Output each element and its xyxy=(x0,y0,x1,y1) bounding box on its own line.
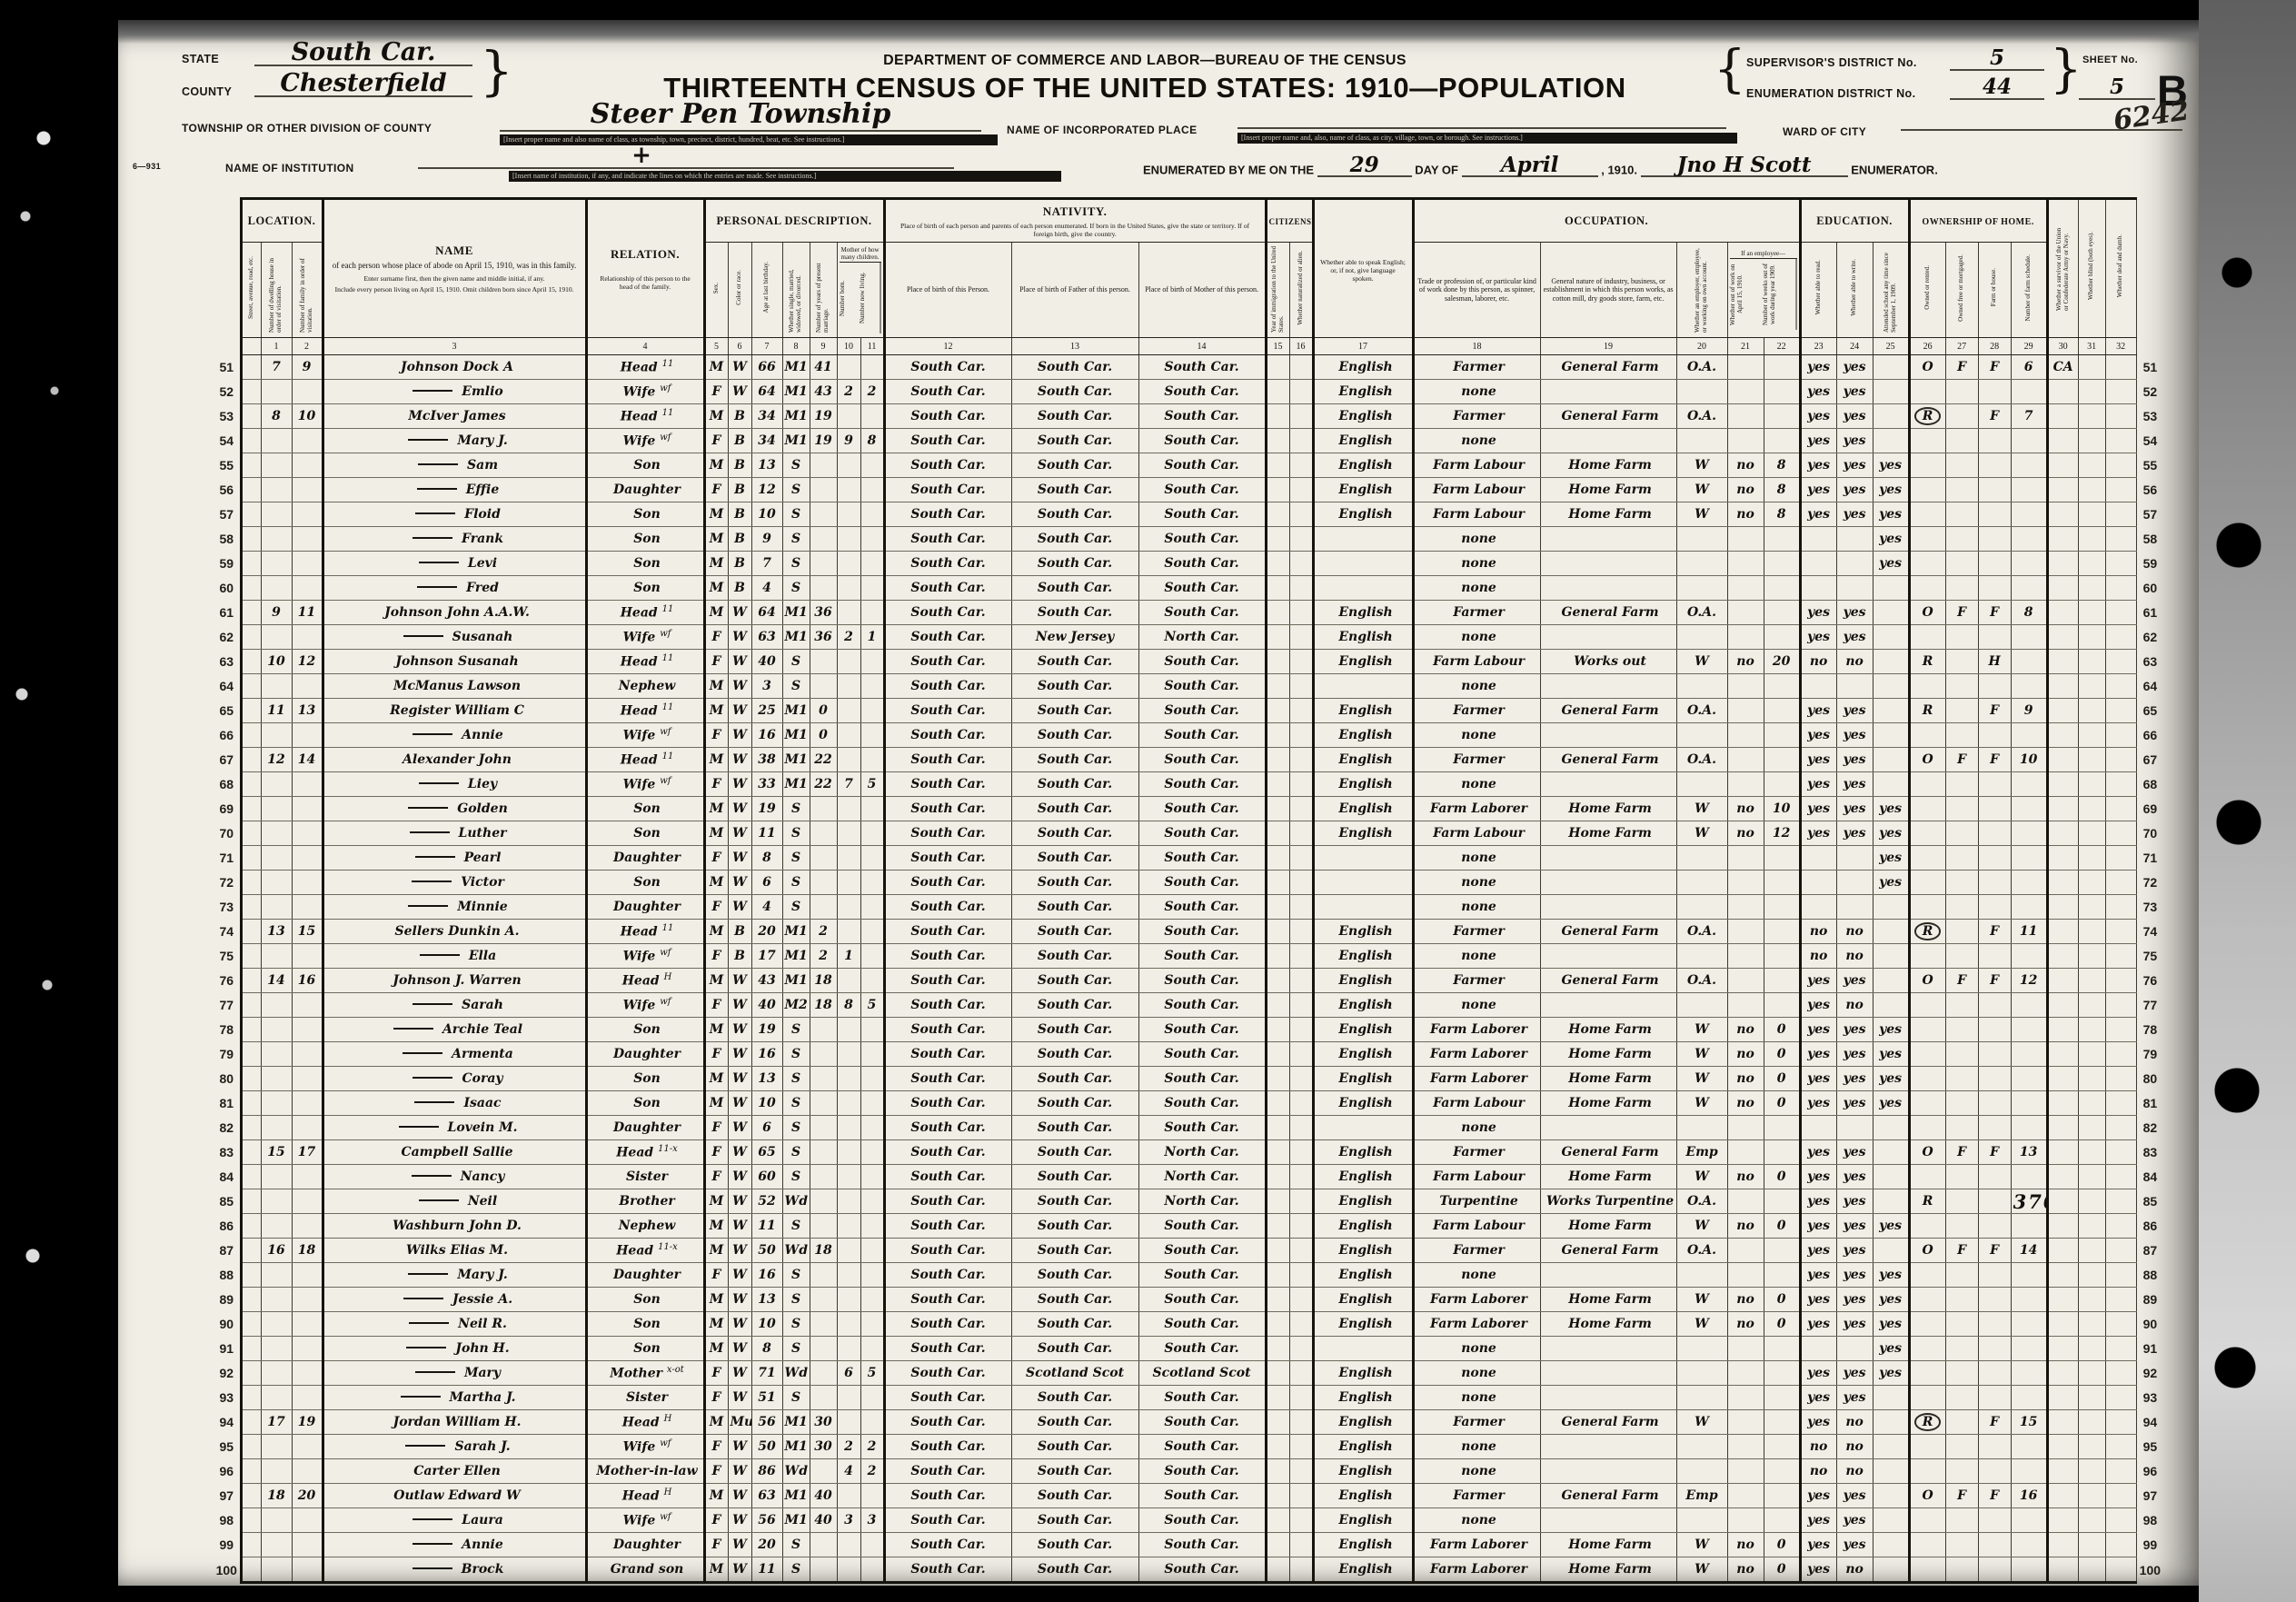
state-label: STATE xyxy=(182,53,219,65)
cell-pm: South Car. xyxy=(1138,1091,1266,1116)
cell-rel: Mother-in-law xyxy=(586,1459,704,1484)
incorporated-place-note: [Insert proper name and, also, name of c… xyxy=(1237,133,1737,144)
cell-ms: S xyxy=(782,1140,810,1165)
col-header-st: Street, avenue, road, etc. xyxy=(241,243,261,338)
cell-pb: South Car. xyxy=(884,1042,1011,1067)
cell-cl xyxy=(860,1263,884,1288)
cell-on: R xyxy=(1909,404,1945,429)
cell-name: Neil xyxy=(323,1189,586,1214)
cell-wk xyxy=(1764,1410,1800,1435)
cell-ind xyxy=(1540,552,1676,576)
cell-yr: 30 xyxy=(810,1435,837,1459)
cell-cls: W xyxy=(1676,797,1727,821)
cell-name: Campbell Sallie xyxy=(323,1140,586,1165)
cell-dw: 9 xyxy=(261,601,292,625)
cell-mt xyxy=(1945,1459,1978,1484)
cell-cl: 1 xyxy=(860,625,884,650)
cell-ind: General Farm xyxy=(1540,699,1676,723)
cell-sc: yes xyxy=(1873,1042,1909,1067)
ditto-dash xyxy=(412,390,452,392)
person-row: 90Neil R.SonMW10SSouth Car.South Car.Sou… xyxy=(214,1312,2163,1337)
cell-rd xyxy=(1800,871,1836,895)
cell-on xyxy=(1909,1459,1945,1484)
cell-ind: Home Farm xyxy=(1540,1557,1676,1583)
cell-ow: no xyxy=(1727,1018,1764,1042)
cell-sx: F xyxy=(704,723,728,748)
cell-rel: Head 11 xyxy=(586,404,704,429)
cell-pm: South Car. xyxy=(1138,1312,1266,1337)
cell-ms: S xyxy=(782,1263,810,1288)
cell-df xyxy=(2105,1263,2136,1288)
cell-yr xyxy=(810,1042,837,1067)
cell-na xyxy=(1289,1165,1313,1189)
cell-rd xyxy=(1800,576,1836,601)
cell-yr xyxy=(810,1140,837,1165)
cell-pm: South Car. xyxy=(1138,821,1266,846)
cell-ms: M1 xyxy=(782,625,810,650)
cell-cb xyxy=(837,1067,860,1091)
form-code: 6—931 xyxy=(133,162,161,171)
cell-lg xyxy=(1313,846,1413,871)
cell-yr xyxy=(810,502,837,527)
cell-sx: F xyxy=(704,1508,728,1533)
cell-mt xyxy=(1945,674,1978,699)
cell-yr: 36 xyxy=(810,601,837,625)
day-of-label: DAY OF xyxy=(1415,164,1458,177)
line-number-left: 81 xyxy=(214,1091,241,1116)
cell-df xyxy=(2105,1140,2136,1165)
cell-cb xyxy=(837,502,860,527)
cell-lg: English xyxy=(1313,723,1413,748)
person-row: 96Carter EllenMother-in-lawFW86Wd42South… xyxy=(214,1459,2163,1484)
cell-on: O xyxy=(1909,1239,1945,1263)
cell-na xyxy=(1289,1361,1313,1386)
cell-mt: F xyxy=(1945,601,1978,625)
cell-ms: S xyxy=(782,797,810,821)
cell-pf: South Car. xyxy=(1011,453,1138,478)
cell-ag: 4 xyxy=(751,895,782,920)
cell-fam: 11 xyxy=(292,601,323,625)
cell-vet xyxy=(2047,772,2078,797)
cell-sx: M xyxy=(704,1312,728,1337)
line-number-right: 54 xyxy=(2136,429,2163,453)
cell-rd xyxy=(1800,527,1836,552)
cell-st xyxy=(241,1018,261,1042)
cell-na xyxy=(1289,1557,1313,1583)
cell-name: Minnie xyxy=(323,895,586,920)
cell-cr: W xyxy=(728,1165,751,1189)
cell-wk xyxy=(1764,772,1800,797)
cell-cb xyxy=(837,404,860,429)
cell-vet xyxy=(2047,1288,2078,1312)
cell-wk xyxy=(1764,1386,1800,1410)
group-occupation: OCCUPATION. xyxy=(1413,199,1800,243)
cell-dw xyxy=(261,895,292,920)
cell-mt: F xyxy=(1945,969,1978,993)
cell-im xyxy=(1266,1288,1289,1312)
cell-sx: F xyxy=(704,1386,728,1410)
line-number-right: 78 xyxy=(2136,1018,2163,1042)
cell-wr xyxy=(1836,1337,1873,1361)
cell-sx: F xyxy=(704,1361,728,1386)
cell-lg: English xyxy=(1313,429,1413,453)
cell-ow xyxy=(1727,1189,1764,1214)
cell-cb xyxy=(837,1214,860,1239)
cell-ms: M1 xyxy=(782,920,810,944)
cell-ms: S xyxy=(782,1018,810,1042)
cell-pm: South Car. xyxy=(1138,1533,1266,1557)
cell-df xyxy=(2105,1165,2136,1189)
cell-cb xyxy=(837,1018,860,1042)
cell-fam xyxy=(292,1435,323,1459)
person-row: 98LauraWife wfFW56M14033South Car.South … xyxy=(214,1508,2163,1533)
cell-yr: 18 xyxy=(810,969,837,993)
cell-yr xyxy=(810,1189,837,1214)
cell-st xyxy=(241,355,261,380)
line-number-left: 95 xyxy=(214,1435,241,1459)
cell-bl xyxy=(2078,1288,2105,1312)
cell-cb xyxy=(837,871,860,895)
cell-im xyxy=(1266,1067,1289,1091)
cell-fam xyxy=(292,1288,323,1312)
cell-cr: W xyxy=(728,625,751,650)
cell-vet xyxy=(2047,1410,2078,1435)
cell-fh: F xyxy=(1978,1239,2011,1263)
cell-wk xyxy=(1764,404,1800,429)
cell-rel: Mother x-ot xyxy=(586,1361,704,1386)
person-row: 75EllaWife wfFB17M121South Car.South Car… xyxy=(214,944,2163,969)
cell-sx: F xyxy=(704,1459,728,1484)
cell-yr xyxy=(810,871,837,895)
cell-sc xyxy=(1873,1484,1909,1508)
cell-cb xyxy=(837,1337,860,1361)
cell-tr: Farm Laborer xyxy=(1413,1312,1540,1337)
cell-vet xyxy=(2047,1386,2078,1410)
cell-yr xyxy=(810,1067,837,1091)
cell-on xyxy=(1909,1091,1945,1116)
cell-mt xyxy=(1945,1410,1978,1435)
line-number-right: 98 xyxy=(2136,1508,2163,1533)
cell-na xyxy=(1289,429,1313,453)
cell-rd: yes xyxy=(1800,625,1836,650)
cell-yr xyxy=(810,1557,837,1583)
cell-tr: Farmer xyxy=(1413,1239,1540,1263)
cell-tr: none xyxy=(1413,1263,1540,1288)
cell-sc xyxy=(1873,576,1909,601)
cell-wr: yes xyxy=(1836,1361,1873,1386)
cell-mt xyxy=(1945,723,1978,748)
cell-tr: none xyxy=(1413,993,1540,1018)
cell-on xyxy=(1909,1165,1945,1189)
cell-df xyxy=(2105,1410,2136,1435)
cell-mt xyxy=(1945,920,1978,944)
cell-on xyxy=(1909,552,1945,576)
cell-fs xyxy=(2011,895,2047,920)
cell-yr: 41 xyxy=(810,355,837,380)
cell-cr: W xyxy=(728,355,751,380)
cell-lg: English xyxy=(1313,1165,1413,1189)
cell-dw xyxy=(261,1263,292,1288)
cell-lg: English xyxy=(1313,1435,1413,1459)
cell-rd xyxy=(1800,552,1836,576)
cell-lg: English xyxy=(1313,699,1413,723)
cell-yr: 19 xyxy=(810,404,837,429)
cell-ms: S xyxy=(782,821,810,846)
cell-wk: 0 xyxy=(1764,1288,1800,1312)
cell-pm: South Car. xyxy=(1138,650,1266,674)
cell-im xyxy=(1266,1116,1289,1140)
cell-dw: 11 xyxy=(261,699,292,723)
cell-im xyxy=(1266,502,1289,527)
cell-cr: W xyxy=(728,871,751,895)
cell-rel: Son xyxy=(586,1018,704,1042)
cell-im xyxy=(1266,478,1289,502)
person-row: 57FloidSonMB10SSouth Car.South Car.South… xyxy=(214,502,2163,527)
cell-dw xyxy=(261,1337,292,1361)
cell-rd: yes xyxy=(1800,723,1836,748)
ditto-dash xyxy=(412,537,452,539)
cell-sx: M xyxy=(704,527,728,552)
cell-pb: South Car. xyxy=(884,527,1011,552)
cell-im xyxy=(1266,895,1289,920)
cell-sx: M xyxy=(704,355,728,380)
cell-pm: South Car. xyxy=(1138,601,1266,625)
cell-wk: 12 xyxy=(1764,821,1800,846)
cell-cr: W xyxy=(728,993,751,1018)
cell-ag: 43 xyxy=(751,969,782,993)
cell-mt xyxy=(1945,453,1978,478)
cell-ow xyxy=(1727,1386,1764,1410)
cell-lg xyxy=(1313,576,1413,601)
cell-on xyxy=(1909,1312,1945,1337)
cell-fs xyxy=(2011,478,2047,502)
cell-ag: 16 xyxy=(751,1042,782,1067)
cell-cl xyxy=(860,552,884,576)
person-row: 55SamSonMB13SSouth Car.South Car.South C… xyxy=(214,453,2163,478)
cell-vet xyxy=(2047,1361,2078,1386)
cell-sc xyxy=(1873,895,1909,920)
cell-lg: English xyxy=(1313,1140,1413,1165)
cell-cb xyxy=(837,969,860,993)
cell-ms: S xyxy=(782,1337,810,1361)
col-header-rd: Whether able to read. xyxy=(1800,243,1836,338)
cell-pf: South Car. xyxy=(1011,1091,1138,1116)
cell-ag: 63 xyxy=(751,1484,782,1508)
person-row: 56EffieDaughterFB12SSouth Car.South Car.… xyxy=(214,478,2163,502)
cell-name: Johnson Dock A xyxy=(323,355,586,380)
line-number-right: 86 xyxy=(2136,1214,2163,1239)
cell-sc xyxy=(1873,355,1909,380)
cell-mt xyxy=(1945,1091,1978,1116)
cell-on: O xyxy=(1909,748,1945,772)
cell-vet xyxy=(2047,1239,2078,1263)
cell-pb: South Car. xyxy=(884,1288,1011,1312)
cell-pf: New Jersey xyxy=(1011,625,1138,650)
cell-ind: Home Farm xyxy=(1540,1214,1676,1239)
cell-pf: South Car. xyxy=(1011,1140,1138,1165)
cell-cb xyxy=(837,699,860,723)
enumerated-prefix: ENUMERATED BY ME ON THE xyxy=(1143,164,1314,177)
cell-na xyxy=(1289,502,1313,527)
cell-rd: yes xyxy=(1800,601,1836,625)
cell-yr xyxy=(810,650,837,674)
cell-na xyxy=(1289,1042,1313,1067)
cell-ag: 20 xyxy=(751,1533,782,1557)
cell-on: O xyxy=(1909,1140,1945,1165)
cell-cr: W xyxy=(728,1312,751,1337)
cell-fh: F xyxy=(1978,969,2011,993)
cell-wr: no xyxy=(1836,920,1873,944)
cell-yr xyxy=(810,1214,837,1239)
cell-st xyxy=(241,821,261,846)
township-label: TOWNSHIP OR OTHER DIVISION OF COUNTY xyxy=(182,122,432,134)
cell-ag: 4 xyxy=(751,576,782,601)
cell-cb xyxy=(837,1386,860,1410)
cell-on xyxy=(1909,797,1945,821)
cell-pb: South Car. xyxy=(884,772,1011,797)
cell-on: R xyxy=(1909,1410,1945,1435)
cell-fam xyxy=(292,1386,323,1410)
cell-lg: English xyxy=(1313,772,1413,797)
cell-im xyxy=(1266,993,1289,1018)
person-row: 80CoraySonMW13SSouth Car.South Car.South… xyxy=(214,1067,2163,1091)
person-row: 52EmlioWife wfFW64M14322South Car.South … xyxy=(214,380,2163,404)
line-number-right: 89 xyxy=(2136,1288,2163,1312)
cell-ind xyxy=(1540,1435,1676,1459)
cell-vet xyxy=(2047,1435,2078,1459)
cell-sc xyxy=(1873,772,1909,797)
cell-ag: 19 xyxy=(751,1018,782,1042)
cell-wk: 0 xyxy=(1764,1042,1800,1067)
ditto-dash xyxy=(401,1396,441,1398)
cell-pb: South Car. xyxy=(884,1189,1011,1214)
cell-name: Brock xyxy=(323,1557,586,1583)
cell-bl xyxy=(2078,772,2105,797)
cell-cr: W xyxy=(728,969,751,993)
cell-fam: 14 xyxy=(292,748,323,772)
cell-name: Alexander John xyxy=(323,748,586,772)
cell-fs: 16 xyxy=(2011,1484,2047,1508)
cell-rel: Daughter xyxy=(586,895,704,920)
person-row: 78Archie TealSonMW19SSouth Car.South Car… xyxy=(214,1018,2163,1042)
cell-bl xyxy=(2078,1116,2105,1140)
cell-pf: South Car. xyxy=(1011,380,1138,404)
cell-rel: Daughter xyxy=(586,1263,704,1288)
cell-im xyxy=(1266,1214,1289,1239)
cell-cr: W xyxy=(728,1508,751,1533)
cell-mt xyxy=(1945,895,1978,920)
cell-rel: Grand son xyxy=(586,1557,704,1583)
cell-ind: Home Farm xyxy=(1540,502,1676,527)
cell-lg xyxy=(1313,674,1413,699)
cell-cls: O.A. xyxy=(1676,1189,1727,1214)
cell-yr: 22 xyxy=(810,772,837,797)
cell-pm: South Car. xyxy=(1138,1067,1266,1091)
cell-rel: Son xyxy=(586,821,704,846)
cell-fh xyxy=(1978,552,2011,576)
person-row: 99AnnieDaughterFW20SSouth Car.South Car.… xyxy=(214,1533,2163,1557)
line-number-left: 77 xyxy=(214,993,241,1018)
cell-fam xyxy=(292,1459,323,1484)
cell-fs: 7 xyxy=(2011,404,2047,429)
cell-lg: English xyxy=(1313,821,1413,846)
line-number-left: 58 xyxy=(214,527,241,552)
cell-name: Isaac xyxy=(323,1091,586,1116)
cell-pf: South Car. xyxy=(1011,1239,1138,1263)
cell-on xyxy=(1909,871,1945,895)
line-number-right: 81 xyxy=(2136,1091,2163,1116)
cell-im xyxy=(1266,453,1289,478)
line-number-left: 83 xyxy=(214,1140,241,1165)
cell-wk: 0 xyxy=(1764,1533,1800,1557)
cell-fh xyxy=(1978,502,2011,527)
cell-pm: South Car. xyxy=(1138,576,1266,601)
cell-vet xyxy=(2047,871,2078,895)
cell-cr: W xyxy=(728,748,751,772)
cell-cr: W xyxy=(728,1018,751,1042)
cell-rel: Son xyxy=(586,502,704,527)
cell-yr: 0 xyxy=(810,699,837,723)
cell-cr: W xyxy=(728,1263,751,1288)
cell-mt xyxy=(1945,993,1978,1018)
cell-lg: English xyxy=(1313,1263,1413,1288)
cell-sx: F xyxy=(704,625,728,650)
cell-rel: Nephew xyxy=(586,674,704,699)
cell-tr: Turpentine xyxy=(1413,1189,1540,1214)
cell-lg: English xyxy=(1313,1410,1413,1435)
cell-im xyxy=(1266,821,1289,846)
cell-st xyxy=(241,429,261,453)
cell-cl xyxy=(860,1484,884,1508)
cell-pb: South Car. xyxy=(884,674,1011,699)
cell-rel: Son xyxy=(586,1288,704,1312)
cell-ow xyxy=(1727,429,1764,453)
cell-pm: South Car. xyxy=(1138,453,1266,478)
cell-sc: yes xyxy=(1873,478,1909,502)
cell-df xyxy=(2105,723,2136,748)
cell-df xyxy=(2105,1459,2136,1484)
cell-vet xyxy=(2047,1042,2078,1067)
person-row: 91John H.SonMW8SSouth Car.South Car.Sout… xyxy=(214,1337,2163,1361)
cell-ind: Home Farm xyxy=(1540,453,1676,478)
cell-wk xyxy=(1764,1239,1800,1263)
cell-ow xyxy=(1727,1410,1764,1435)
cell-wk: 0 xyxy=(1764,1091,1800,1116)
cell-cr: W xyxy=(728,699,751,723)
cell-vet xyxy=(2047,1484,2078,1508)
cell-na xyxy=(1289,1263,1313,1288)
cell-dw xyxy=(261,1435,292,1459)
cell-rel: Sister xyxy=(586,1165,704,1189)
cell-fs xyxy=(2011,527,2047,552)
cell-cr: W xyxy=(728,1484,751,1508)
cell-fs xyxy=(2011,944,2047,969)
cell-sc: yes xyxy=(1873,821,1909,846)
cell-ow xyxy=(1727,1361,1764,1386)
cell-ind xyxy=(1540,871,1676,895)
cell-tr: Farmer xyxy=(1413,601,1540,625)
cell-ag: 9 xyxy=(751,527,782,552)
line-number-left: 100 xyxy=(214,1557,241,1583)
line-number-right: 64 xyxy=(2136,674,2163,699)
cell-tr: Farm Laborer xyxy=(1413,797,1540,821)
cell-df xyxy=(2105,895,2136,920)
cell-fh xyxy=(1978,453,2011,478)
cell-mt xyxy=(1945,576,1978,601)
line-number-right: 91 xyxy=(2136,1337,2163,1361)
cell-mt xyxy=(1945,650,1978,674)
cell-tr: none xyxy=(1413,552,1540,576)
